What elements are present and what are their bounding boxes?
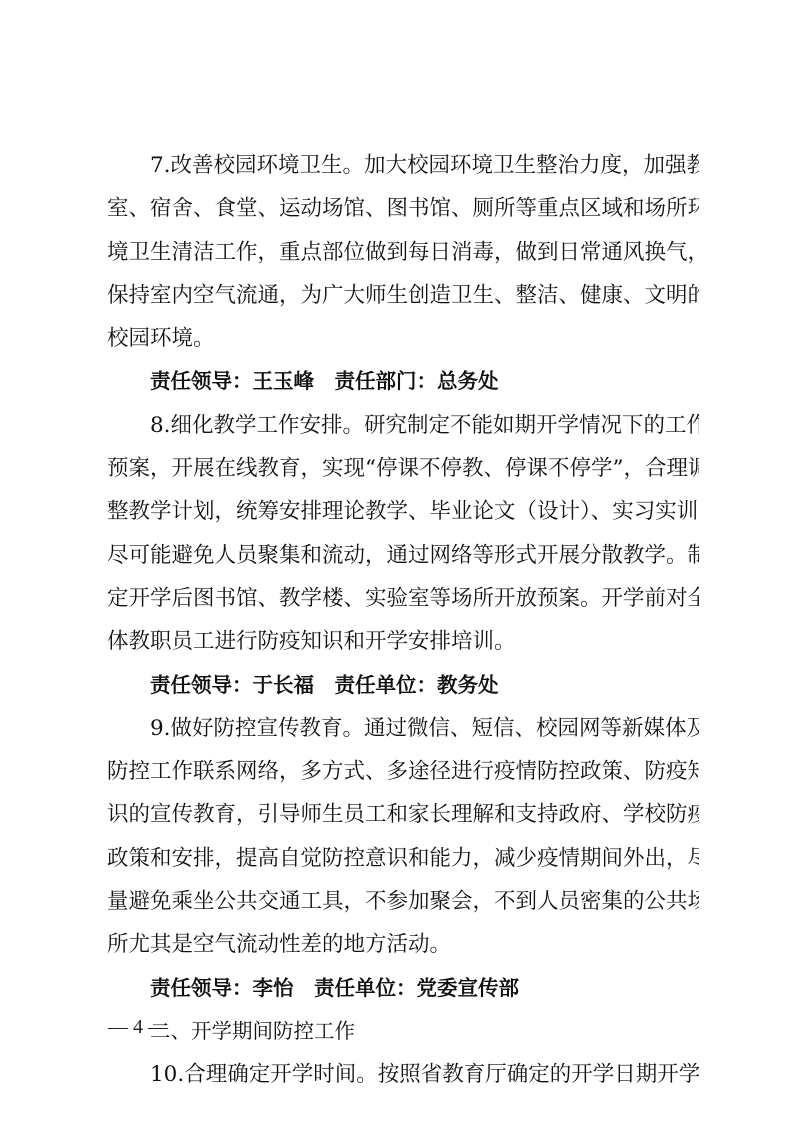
responsibility-line: 责任领导：李怡 责任单位：党委宣传部 (107, 967, 699, 1010)
text-line: 防控工作联系网络，多方式、多途径进行疫情防控政策、防疫知 (107, 750, 699, 793)
text-line: 尽可能避免人员聚集和流动，通过网络等形式开展分散教学。制 (107, 534, 699, 577)
text-line: 室、宿舍、食堂、运动场馆、图书馆、厕所等重点区域和场所环 (107, 187, 699, 230)
text-line: 保持室内空气流通，为广大师生创造卫生、整洁、健康、文明的 (107, 274, 699, 317)
responsibility-line: 责任领导：于长福 责任单位：教务处 (107, 664, 699, 707)
paragraph-item-7: 7.改善校园环境卫生。加大校园环境卫生整治力度，加强教 室、宿舍、食堂、运动场馆… (107, 144, 699, 360)
text-line: 校园环境。 (107, 317, 699, 360)
text-line: 所尤其是空气流动性差的地方活动。 (107, 923, 699, 966)
text-line: 整教学计划，统筹安排理论教学、毕业论文（设计）、实习实训等。 (107, 490, 699, 533)
section-heading: 二、开学期间防控工作 (107, 1010, 699, 1053)
text-line: 境卫生清洁工作，重点部位做到每日消毒，做到日常通风换气， (107, 231, 699, 274)
text-line: 识的宣传教育，引导师生员工和家长理解和支持政府、学校防疫 (107, 793, 699, 836)
text-line: 预案，开展在线教育，实现“停课不停教、停课不停学”，合理调 (107, 447, 699, 490)
paragraph-item-8: 8.细化教学工作安排。研究制定不能如期开学情况下的工作 预案，开展在线教育，实现… (107, 404, 699, 664)
text-line: 9.做好防控宣传教育。通过微信、短信、校园网等新媒体及 (107, 707, 699, 750)
responsibility-line: 责任领导：王玉峰 责任部门：总务处 (107, 360, 699, 403)
paragraph-item-9: 9.做好防控宣传教育。通过微信、短信、校园网等新媒体及 防控工作联系网络，多方式… (107, 707, 699, 967)
text-line: 10.合理确定开学时间。按照省教育厅确定的开学日期开学。 (107, 1053, 699, 1096)
paragraph-item-10: 10.合理确定开学时间。按照省教育厅确定的开学日期开学。 (107, 1053, 699, 1096)
text-line: 7.改善校园环境卫生。加大校园环境卫生整治力度，加强教 (107, 144, 699, 187)
text-line: 政策和安排，提高自觉防控意识和能力，减少疫情期间外出，尽 (107, 837, 699, 880)
text-line: 量避免乘坐公共交通工具，不参加聚会，不到人员密集的公共场 (107, 880, 699, 923)
text-line: 定开学后图书馆、教学楼、实验室等场所开放预案。开学前对全 (107, 577, 699, 620)
page-number: — 4 — (108, 1016, 168, 1039)
text-line: 体教职员工进行防疫知识和开学安排培训。 (107, 620, 699, 663)
document-body: 7.改善校园环境卫生。加大校园环境卫生整治力度，加强教 室、宿舍、食堂、运动场馆… (107, 144, 699, 1097)
text-line: 8.细化教学工作安排。研究制定不能如期开学情况下的工作 (107, 404, 699, 447)
